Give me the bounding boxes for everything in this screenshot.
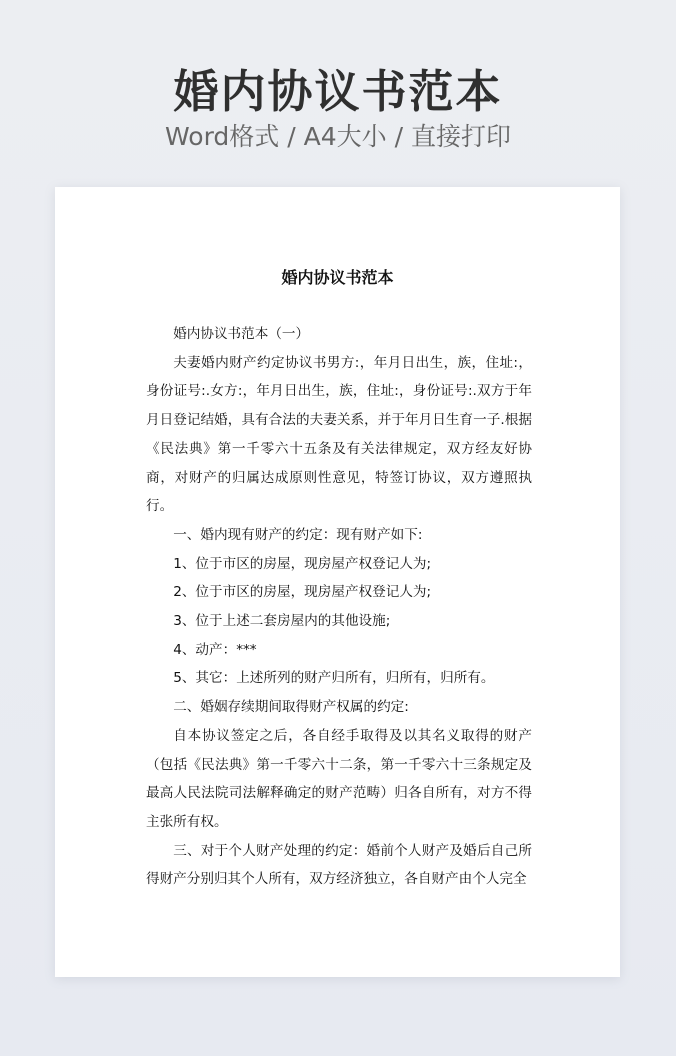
paragraph: 5、其它：上述所列的财产归所有，归所有，归所有。 bbox=[146, 664, 532, 693]
document-body: 婚内协议书范本（一） 夫妻婚内财产约定协议书男方:，年月日出生，族，住址:，身份… bbox=[146, 320, 532, 894]
paragraph: 3、位于上述二套房屋内的其他设施; bbox=[146, 607, 532, 636]
paragraph: 婚内协议书范本（一） bbox=[146, 320, 532, 349]
paragraph: 2、位于市区的房屋，现房屋产权登记人为; bbox=[146, 578, 532, 607]
paragraph: 1、位于市区的房屋，现房屋产权登记人为; bbox=[146, 550, 532, 579]
paragraph: 一、婚内现有财产的约定：现有财产如下: bbox=[146, 521, 532, 550]
paragraph: 4、动产：*** bbox=[146, 636, 532, 665]
paragraph: 夫妻婚内财产约定协议书男方:，年月日出生，族，住址:，身份证号:.女方:，年月日… bbox=[146, 349, 532, 521]
document-title: 婚内协议书范本 bbox=[55, 265, 620, 288]
paragraph: 三、对于个人财产处理的约定：婚前个人财产及婚后自己所得财产分别归其个人所有，双方… bbox=[146, 837, 532, 894]
paragraph: 二、婚姻存续期间取得财产权属的约定: bbox=[146, 693, 532, 722]
paragraph: 自本协议签定之后，各自经手取得及以其名义取得的财产（包括《民法典》第一千零六十二… bbox=[146, 722, 532, 837]
document-page: 婚内协议书范本 婚内协议书范本（一） 夫妻婚内财产约定协议书男方:，年月日出生，… bbox=[55, 187, 620, 977]
hero-title: 婚内协议书范本 bbox=[0, 64, 676, 120]
hero-subtitle: Word格式 / A4大小 / 直接打印 bbox=[0, 120, 676, 154]
